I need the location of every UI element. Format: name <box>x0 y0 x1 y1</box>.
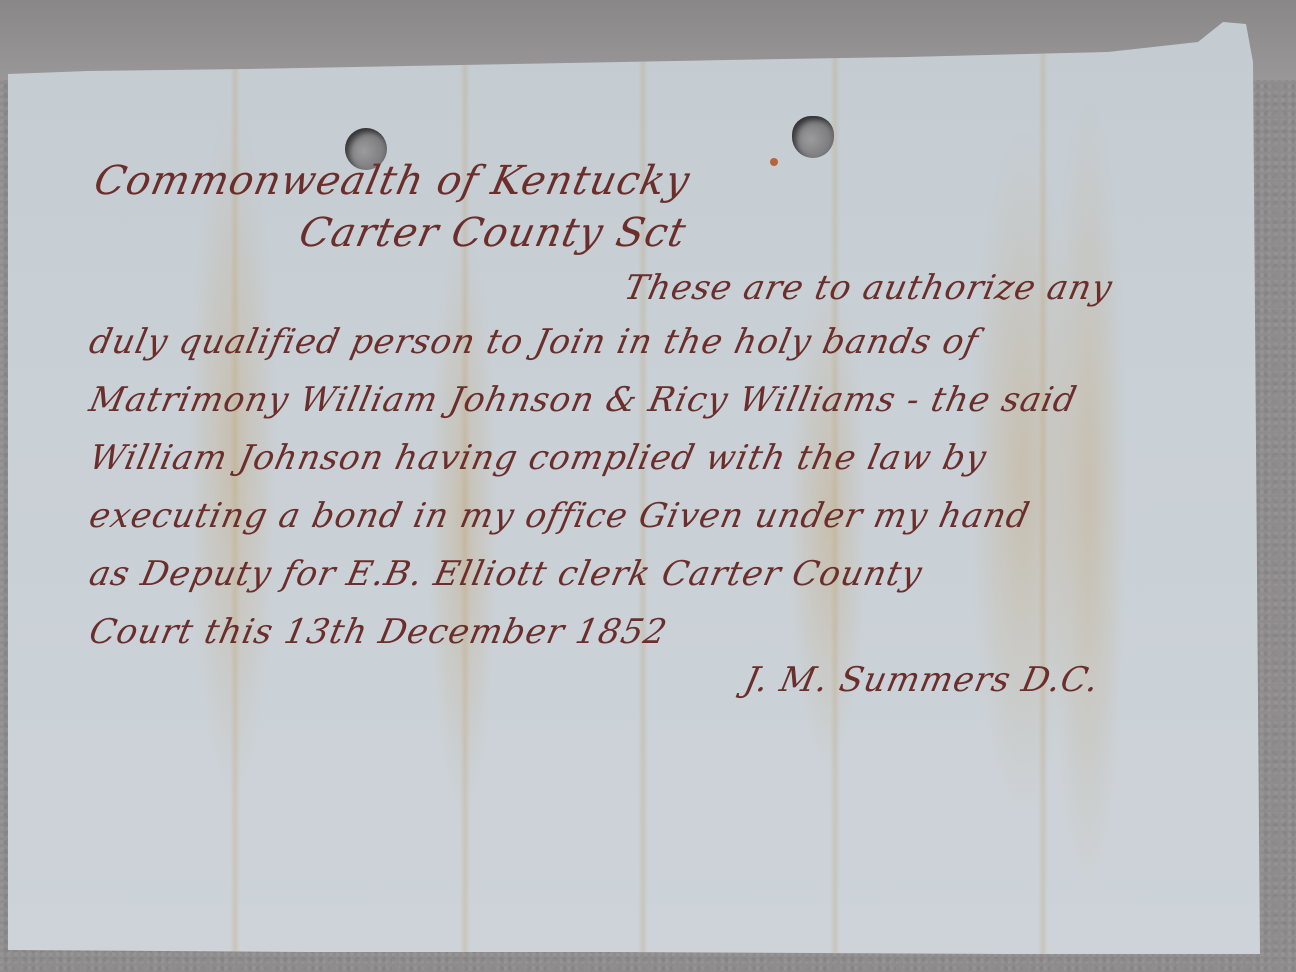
punch-hole-right <box>792 116 834 158</box>
heading-commonwealth: Commonwealth of Kentucky <box>90 158 694 204</box>
text-line: duly qualified person to Join in the hol… <box>86 322 983 362</box>
text-line: Court this 13th December 1852 <box>86 612 671 652</box>
text-line: These are to authorize any <box>621 268 1117 308</box>
rust-spot <box>770 158 778 166</box>
heading-county: Carter County Sct <box>295 210 690 256</box>
text-line: as Deputy for E.B. Elliott clerk Carter … <box>86 554 926 594</box>
text-line: executing a bond in my office Given unde… <box>86 496 1034 536</box>
water-stain <box>1048 82 1128 902</box>
text-line: Matrimony William Johnson & Ricy William… <box>86 380 1081 420</box>
signature: J. M. Summers D.C. <box>741 660 1103 700</box>
text-line: William Johnson having complied with the… <box>86 438 991 478</box>
